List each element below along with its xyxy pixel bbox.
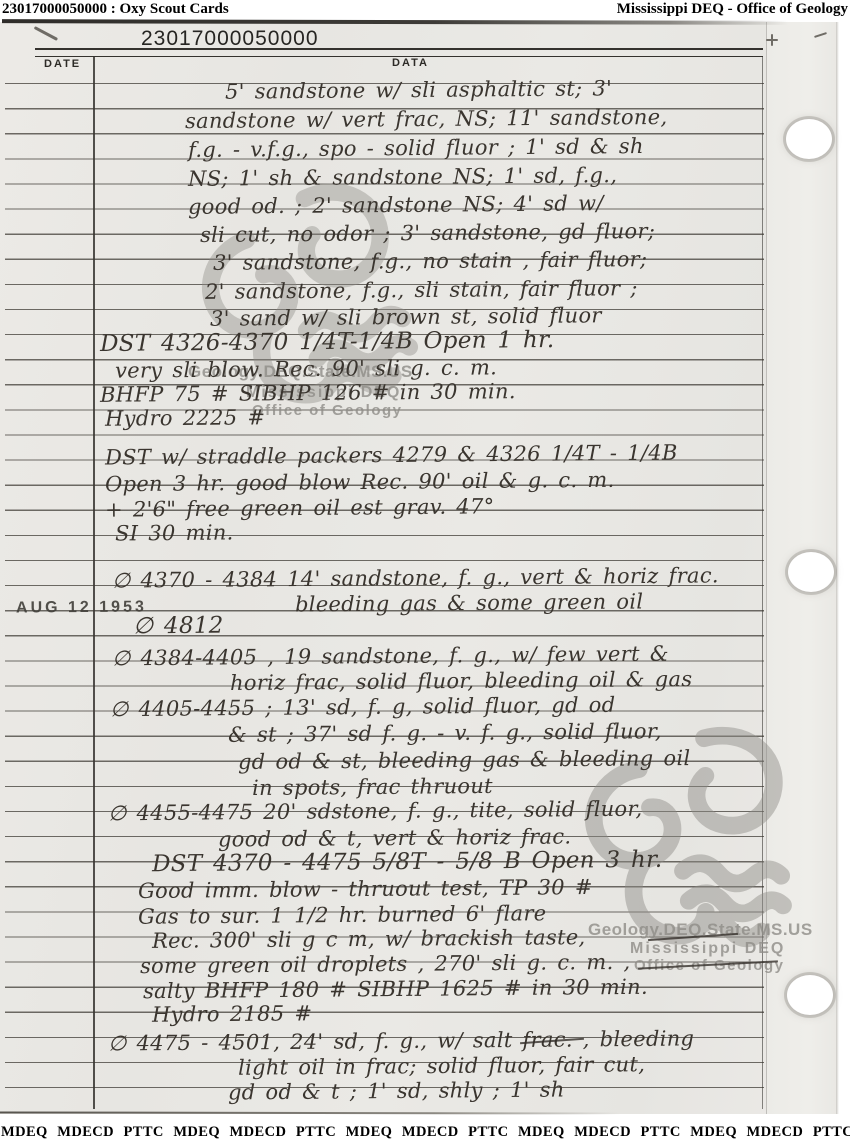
handwriting-line: gd od & t ; 1' sd, shly ; 1' sh [228,1078,565,1105]
card-bottom-edge-shadow [0,1111,620,1114]
data-column-header: DATA [392,57,429,69]
agency-title: Mississippi DEQ - Office of Geology [617,1,848,18]
handwriting-line: DST 4370 - 4475 5/8T - 5/8 B Open 3 hr. [152,847,663,877]
handwriting-line: Open 3 hr. good blow Rec. 90' oil & g. c… [105,468,615,496]
scout-card-page: 23017000050000 : Oxy Scout Cards Mississ… [0,0,850,1143]
handwriting-line: Hydro 2185 # [152,1001,313,1026]
document-id-title: 23017000050000 : Oxy Scout Cards [2,1,229,18]
handwriting-line: bleeding gas & some green oil [295,589,644,616]
handwriting-line: salty BHFP 180 # SIBHP 1625 # in 30 min. [143,975,648,1003]
handwriting-line: DST w/ straddle packers 4279 & 4326 1/4T… [105,441,678,470]
handwriting-line: ∅ 4384-4405 , 19 sandstone, f. g., w/ fe… [112,642,669,671]
handwriting-line: ∅ 4812 [133,613,224,640]
watermark-agency: Mississippi DEQ [630,940,785,958]
handwriting-line: ∅ 4475 - 4501, 24' sd, f. g., w/ salt fr… [108,1026,694,1055]
handwriting-line: BHFP 75 # SIBHP 126 # in 30 min. [100,379,516,407]
handwriting-line: Good imm. blow - thruout test, TP 30 # [138,875,593,903]
handwriting-line: sli cut, no odor ; 3' sandstone, gd fluo… [200,219,655,247]
handwriting-line: some green oil droplets , 270' sli g. c.… [140,950,631,978]
handwriting-line: ∅ 4405-4455 ; 13' sd, f. g, solid fluor,… [110,693,616,721]
handwriting-line: 3' sandstone, f.g., no stain , fair fluo… [213,247,648,275]
handwriting-line: SI 30 min. [115,520,234,545]
handwriting-line: NS; 1' sh & sandstone NS; 1' sd, f.g., [188,163,617,191]
handwriting-line: Gas to sur. 1 1/2 hr. burned 6' flare [138,901,547,929]
handwriting-line: horiz frac, solid fluor, bleeding oil & … [230,667,693,695]
handwriting-line: Rec. 300' sli g c m, w/ brackish taste, [152,925,586,953]
date-stamp: AUG 12 1953 [16,599,147,618]
card-edge [836,22,839,1114]
handwriting-line: 5' sandstone w/ sli asphaltic st; 3' [225,76,612,103]
pencil-mark [771,34,773,46]
handwriting-line: in spots, frac thruout [252,774,493,800]
handwriting-line: Hydro 2225 # [105,405,266,430]
header-rule [35,48,763,57]
viewer-header: 23017000050000 : Oxy Scout Cards Mississ… [0,0,850,20]
punch-hole [786,119,832,159]
viewer-footer: MDEQ MDECD PTTC MDEQ MDECD PTTC MDEQ MDE… [0,1122,850,1143]
handwriting-line: light oil in frac; solid fluor, fair cut… [238,1052,645,1080]
handwriting-line: & st ; 37' sd f. g. - v. f. g., solid fl… [228,719,662,747]
footer-watermark-text: MDEQ MDECD PTTC MDEQ MDECD PTTC MDEQ MDE… [1,1124,850,1141]
handwriting-line: sandstone w/ vert frac, NS; 11' sandston… [185,105,668,133]
handwriting-line: f.g. - v.f.g., spo - solid fluor ; 1' sd… [188,134,644,162]
handwriting-line: gd od & st, bleeding gas & bleeding oil [238,746,691,774]
handwriting-line: ∅ 4455-4475 20' sdstone, f. g., tite, so… [108,797,643,826]
punch-hole [788,552,834,592]
handwriting-line: 2' sandstone, f.g., sli stain, fair fluo… [205,276,638,304]
handwriting-line: DST 4326-4370 1/4T-1/4B Open 1 hr. [100,327,555,357]
date-column-header: DATE [44,58,81,70]
handwriting-line: good od. ; 2' sandstone NS; 4' sd w/ [188,191,604,219]
punch-hole [787,975,833,1015]
handwriting-line: very sli blow. Rec. 90' sli g. c. m. [115,355,497,382]
handwriting-line: + 2'6" free green oil est grav. 47° [105,494,495,521]
